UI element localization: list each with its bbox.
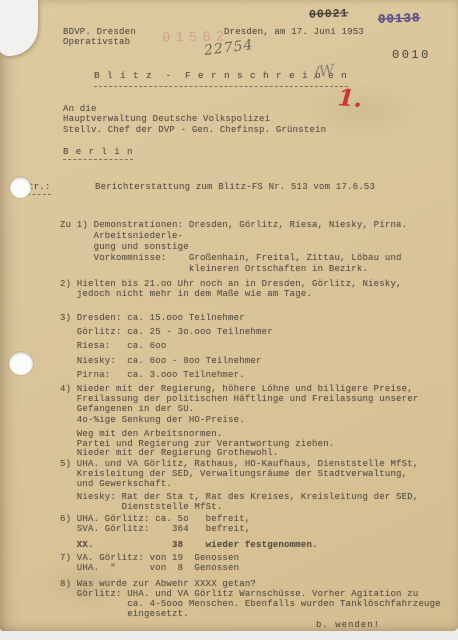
body-item-7: 7) VA. Görlitz: von 19 Genossen UHA. " v… — [60, 554, 239, 573]
turn-page-note: b. wenden! — [316, 620, 380, 630]
body-item-6-continued: XX. 38 wieder festgenommen. — [60, 540, 318, 550]
body-item-5-continued: Niesky: Rat der Sta t, Rat des Kreises, … — [60, 492, 418, 512]
folio-number: 0010 — [392, 50, 431, 60]
cancelled-number-stamp: 00138 — [378, 11, 421, 26]
body-item-8: 8) Was wurde zur Abwehr XXXX getan? Görl… — [60, 579, 441, 619]
document-page: BDVP. Dresden Operativstab 01562 Dresden… — [0, 0, 458, 631]
hole-punch-top — [10, 177, 31, 198]
red-page-annotation: 1. — [337, 84, 363, 113]
body-item-3: 3) Dresden: ca. 15.ooo Teilnehmer Görlit… — [60, 311, 273, 382]
sender-org: BDVP. Dresden Operativstab — [63, 27, 136, 48]
body-item-1: Zu 1) Demonstrationen: Dresden, Görlitz,… — [60, 220, 407, 275]
cancelled-number-typed: 00021 — [309, 9, 349, 21]
torn-corner — [0, 0, 38, 56]
body-item-5: 5) UHA. und VA Görlitz, Rathaus, HO-Kauf… — [60, 459, 418, 490]
handwritten-initials: /W — [313, 61, 336, 82]
body-item-2: 2) Hielten bis 21.oo Uhr noch an in Dres… — [60, 279, 402, 300]
body-item-4-continued: Weg mit den Arbeitsnormen. Partei und Re… — [60, 430, 334, 459]
subject-text: Berichterstattung zum Blitz-FS Nr. 513 v… — [95, 182, 375, 192]
hole-punch-bottom — [9, 352, 33, 375]
document-title: B l i t z - F e r n s c h r e i b e n — [94, 71, 348, 87]
recipient-address: An die Hauptverwaltung Deutsche Volkspol… — [63, 104, 326, 135]
body-item-6: 6) UHA. Görlitz: ca. 5o befreit, SVA. Gö… — [60, 514, 250, 535]
recipient-city: B e r l i n — [63, 147, 133, 160]
date-line: Dresden, am 17. Juni 1953 — [224, 27, 364, 37]
body-item-4: 4) Nieder mit der Regierung, höhere Löhn… — [60, 384, 418, 425]
